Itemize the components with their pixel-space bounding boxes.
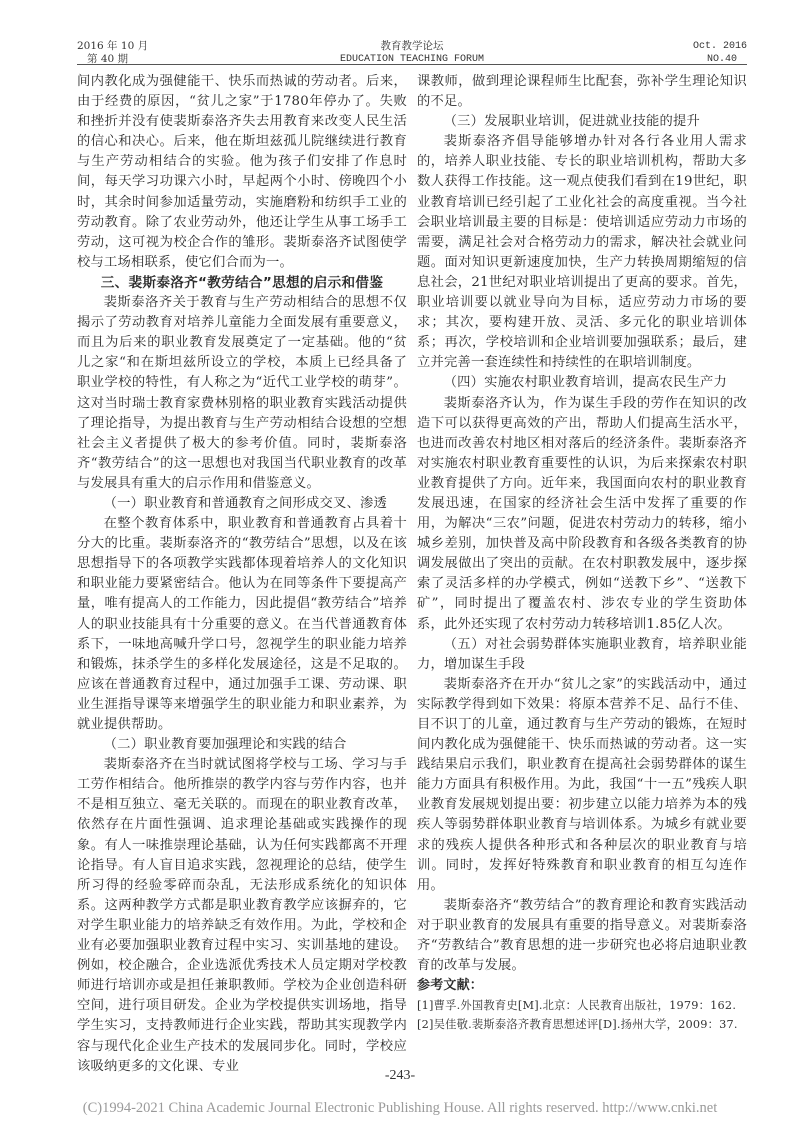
section-heading: 三、裴斯泰洛齐“教劳结合”思想的启示和借鉴 <box>77 273 407 293</box>
copyright-notice: (C)1994-2021 China Academic Journal Elec… <box>0 1100 800 1117</box>
paragraph: 课教师，做到理论课程师生比配套，弥补学生理论知识的不足。 <box>417 72 747 112</box>
header-right: Oct. 2016 NO.40 <box>693 40 747 66</box>
paragraph: 裴斯泰洛齐认为，作为谋生手段的劳作在知识的改造下可以获得更高效的产出，帮助人们提… <box>417 394 747 635</box>
subsection-heading: （四）实施农村职业教育培训，提高农民生产力 <box>417 373 747 393</box>
paragraph: 裴斯泰洛齐“教劳结合”的教育理论和教育实践活动对于职业教育的发展具有重要的指导意… <box>417 896 747 976</box>
right-column: 课教师，做到理论课程师生比配套，弥补学生理论知识的不足。 （三）发展职业培训，促… <box>417 72 747 1034</box>
page-number: -243- <box>0 1068 800 1084</box>
journal-title-en: EDUCATION TEACHING FORUM <box>77 53 747 66</box>
subsection-heading: （五）对社会弱势群体实施职业教育，培养职业能力，增加谋生手段 <box>417 635 747 675</box>
header-date-en: Oct. 2016 <box>693 40 747 53</box>
paragraph: 在整个教育体系中，职业教育和普通教育占具着十分大的比重。裴斯泰洛齐的“教劳结合”… <box>77 514 407 735</box>
paragraph: 裴斯泰洛齐倡导能够增办针对各行各业用人需求的，培养人职业技能、专长的职业培训机构… <box>417 132 747 373</box>
subsection-heading: （三）发展职业培训，促进就业技能的提升 <box>417 112 747 132</box>
running-header: 2016 年 10 月 第 40 期 教育教学论坛 EDUCATION TEAC… <box>77 38 747 65</box>
paragraph: 间内教化成为强健能干、快乐而热诚的劳动者。后来，由于经费的原因，“贫儿之家”于1… <box>77 72 407 273</box>
paragraph: 裴斯泰洛齐在开办“贫儿之家”的实践活动中，通过实际教学得到如下效果：将原本营养不… <box>417 675 747 896</box>
references-heading: 参考文献： <box>417 976 747 996</box>
reference-item: [1]曹孚.外国教育史[M].北京：人民教育出版社，1979：162. <box>417 996 747 1015</box>
paragraph: 裴斯泰洛齐关于教育与生产劳动相结合的思想不仅揭示了劳动教育对培养儿童能力全面发展… <box>77 293 407 494</box>
left-column: 间内教化成为强健能干、快乐而热诚的劳动者。后来，由于经费的原因，“贫儿之家”于1… <box>77 72 407 1077</box>
subsection-heading: （一）职业教育和普通教育之间形成交叉、渗透 <box>77 494 407 514</box>
subsection-heading: （二）职业教育要加强理论和实践的结合 <box>77 735 407 755</box>
reference-item: [2]吴佳敬.裴斯泰洛齐教育思想述评[D].扬州大学，2009：37. <box>417 1015 747 1034</box>
journal-title-cn: 教育教学论坛 <box>77 40 747 53</box>
header-journal: 教育教学论坛 EDUCATION TEACHING FORUM <box>77 40 747 66</box>
paragraph: 裴斯泰洛齐在当时就试图将学校与工场、学习与手工劳作相结合。他所推崇的教学内容与劳… <box>77 755 407 1077</box>
header-issue-en: NO.40 <box>693 53 747 66</box>
